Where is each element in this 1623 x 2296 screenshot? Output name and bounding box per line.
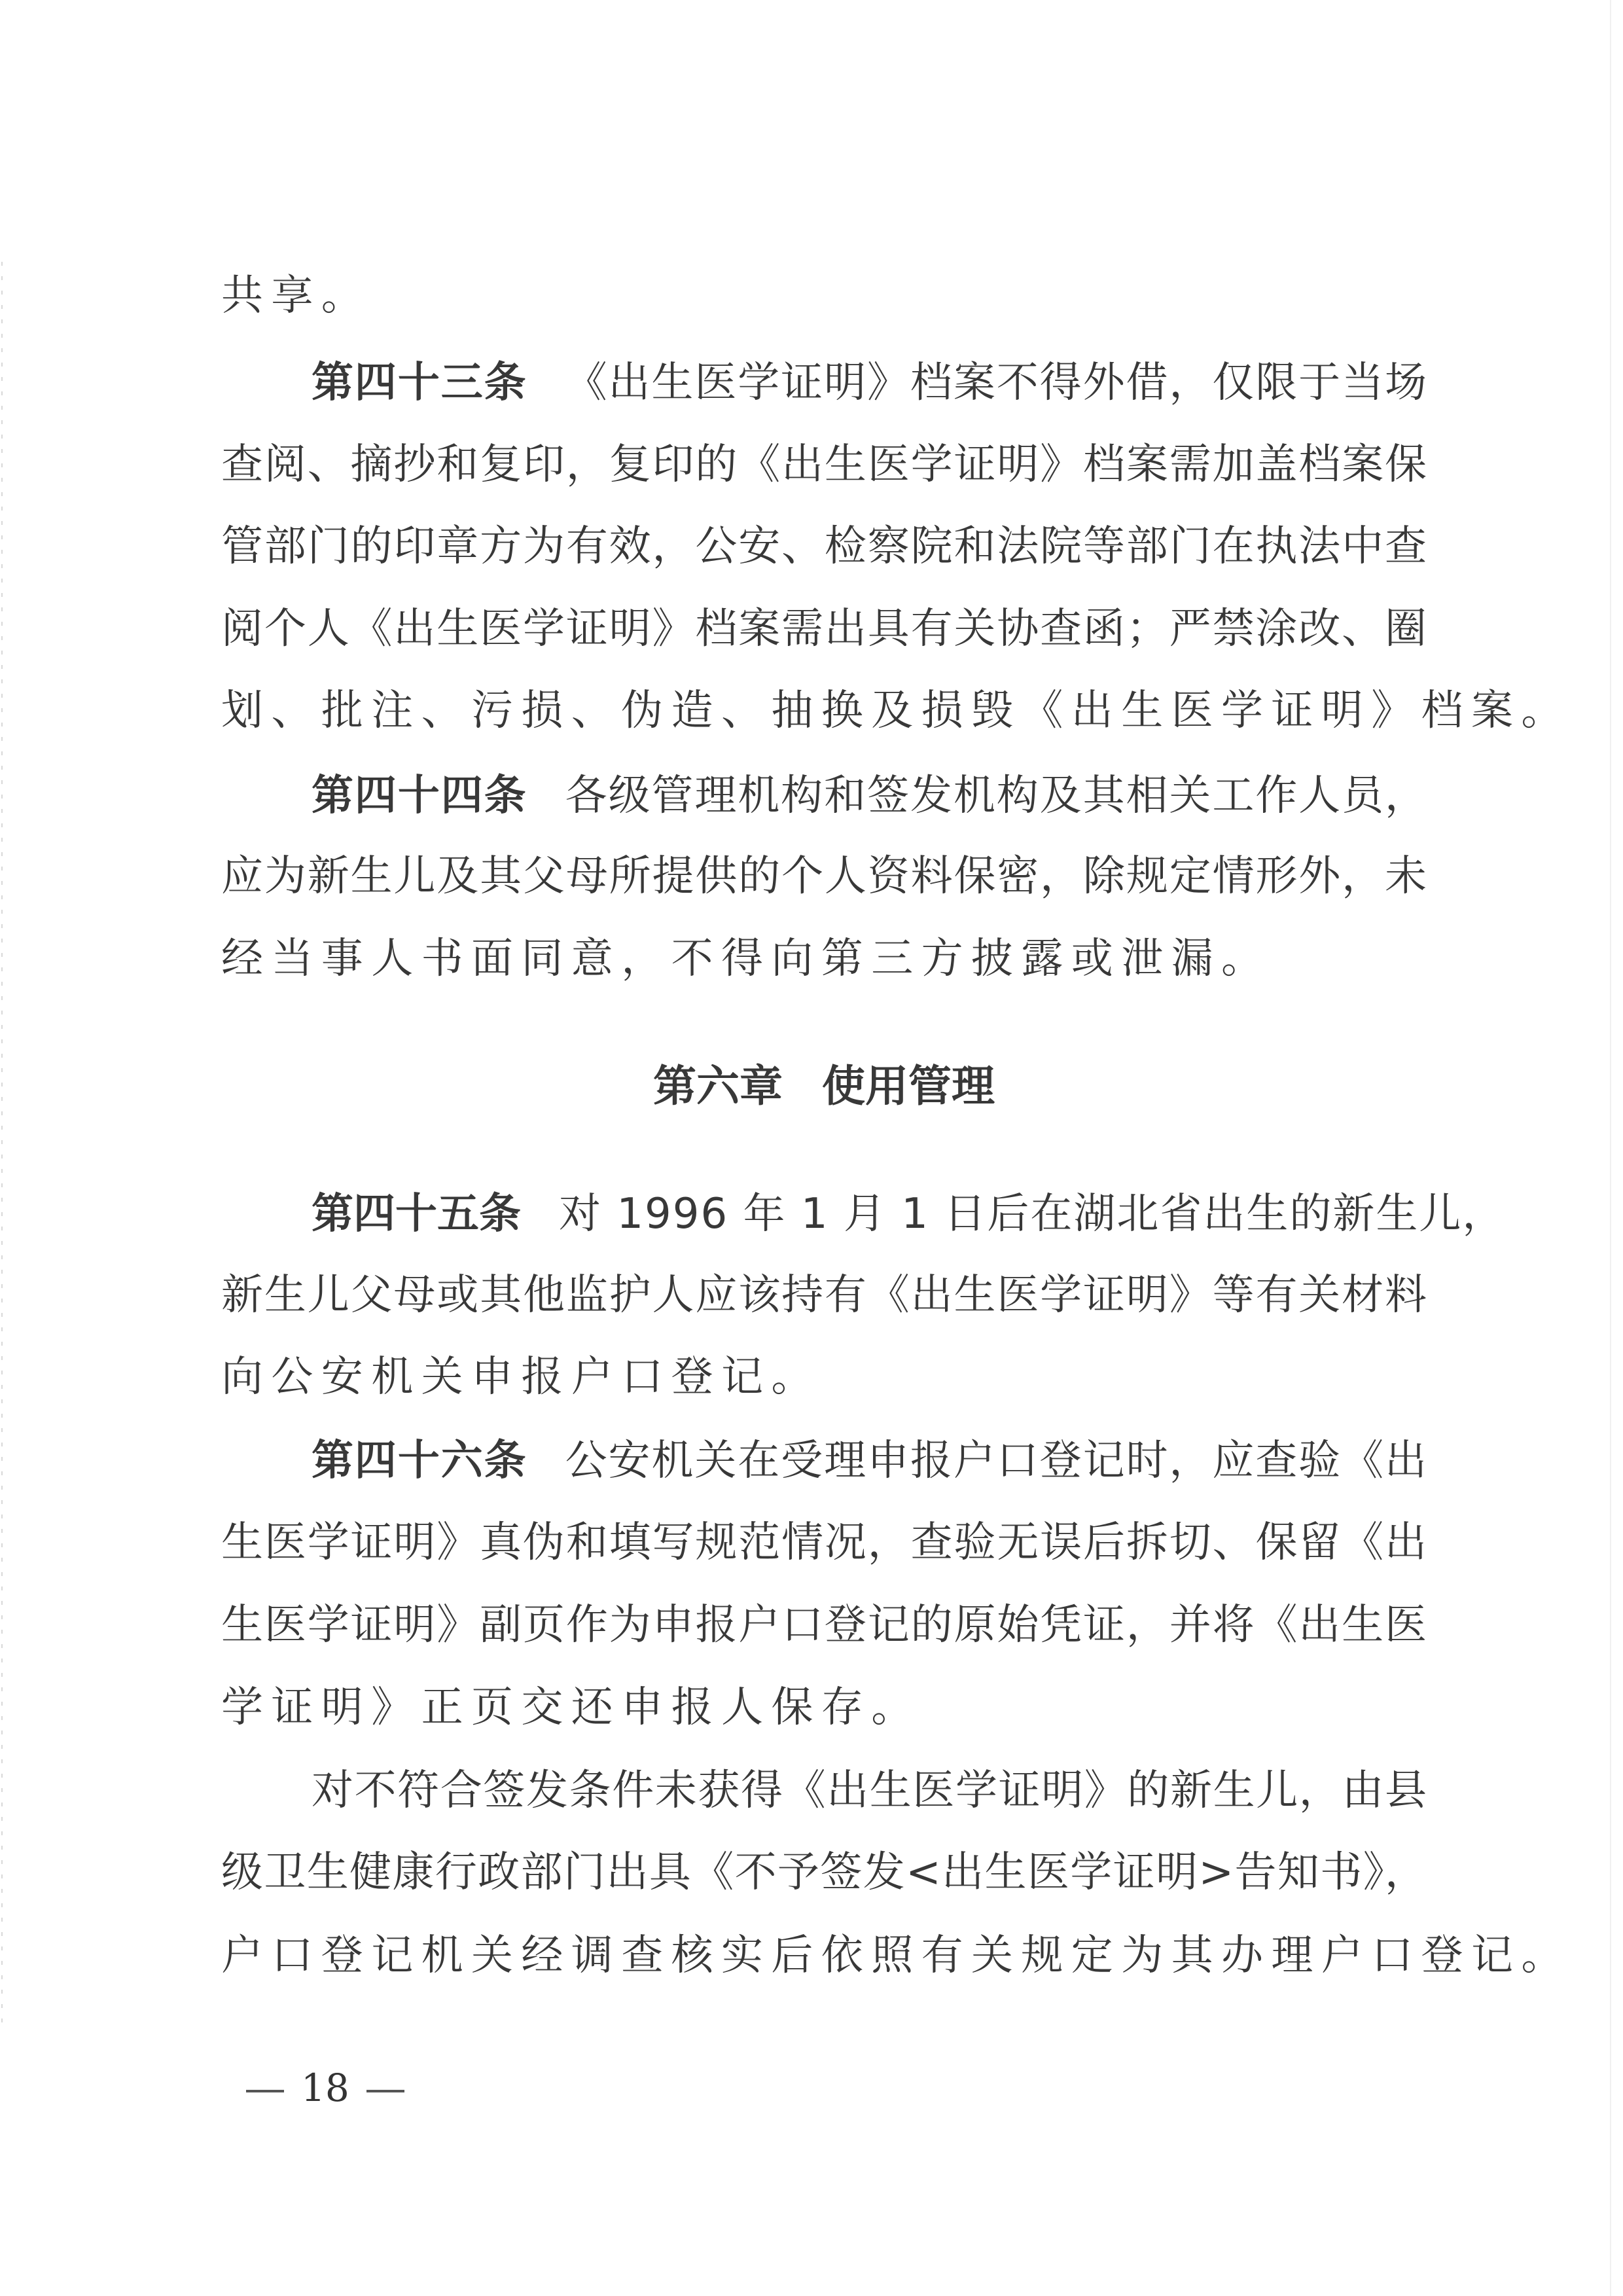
text-line: 阅个人《出生医学证明》档案需出具有关协查函；严禁涂改、圈 <box>221 603 1427 655</box>
text-line: 经当事人书面同意，不得向第三方披露或泄漏。 <box>221 933 1427 985</box>
article-number: 第四十四条 <box>312 772 527 820</box>
scan-edge-artifact-right <box>1610 0 1611 2296</box>
line-text: 公安机关在受理申报户口登记时，应查验《出 <box>565 1437 1427 1485</box>
article-number: 第四十五条 <box>312 1190 521 1238</box>
article-44-first-line: 第四十四条各级管理机构和签发机构及其相关工作人员， <box>221 770 1427 822</box>
text-line: 应为新生儿及其父母所提供的个人资料保密，除规定情形外，未 <box>221 850 1427 903</box>
text-line: 向公安机关申报户口登记。 <box>221 1351 1427 1403</box>
article-number: 第四十三条 <box>312 359 527 407</box>
article-46-first-line: 第四十六条公安机关在受理申报户口登记时，应查验《出 <box>221 1435 1427 1487</box>
text-line: 级卫生健康行政部门出具《不予签发<出生医学证明>告知书》， <box>221 1846 1427 1899</box>
article-43-first-line: 第四十三条《出生医学证明》档案不得外借，仅限于当场 <box>221 357 1427 409</box>
scan-edge-artifact-left <box>1 262 3 2029</box>
chapter-heading: 第六章使用管理 <box>221 1060 1427 1113</box>
line-text: 各级管理机构和签发机构及其相关工作人员， <box>565 772 1427 820</box>
article-number: 第四十六条 <box>312 1437 527 1485</box>
chapter-title: 使用管理 <box>822 1061 995 1111</box>
page-number-footer: 18 <box>229 2062 421 2114</box>
line-text: 《出生医学证明》档案不得外借，仅限于当场 <box>565 359 1427 407</box>
line-text: 对 1996 年 1 月 1 日后在湖北省出生的新生儿， <box>559 1190 1505 1238</box>
paragraph-first-line: 对不符合签发条件未获得《出生医学证明》的新生儿，由县 <box>221 1765 1427 1817</box>
dash-left <box>246 2090 284 2092</box>
text-line: 划、批注、污损、伪造、抽换及损毁《出生医学证明》档案。 <box>221 685 1427 737</box>
text-line: 生医学证明》真伪和填写规范情况，查验无误后拆切、保留《出 <box>221 1516 1427 1569</box>
text-line: 学证明》正页交还申报人保存。 <box>221 1681 1427 1734</box>
chapter-number: 第六章 <box>653 1061 783 1111</box>
dash-right <box>366 2090 404 2092</box>
text-line: 生医学证明》副页作为申报户口登记的原始凭证，并将《出生医 <box>221 1599 1427 1651</box>
text-line: 管部门的印章方为有效，公安、检察院和法院等部门在执法中查 <box>221 520 1427 573</box>
page-number: 18 <box>301 2066 349 2110</box>
text-line: 共享。 <box>221 270 1427 322</box>
article-45-first-line: 第四十五条对 1996 年 1 月 1 日后在湖北省出生的新生儿， <box>221 1188 1427 1240</box>
text-line: 查阅、摘抄和复印，复印的《出生医学证明》档案需加盖档案保 <box>221 439 1427 491</box>
text-line: 新生儿父母或其他监护人应该持有《出生医学证明》等有关材料 <box>221 1269 1427 1321</box>
text-line: 户口登记机关经调查核实后依照有关规定为其办理户口登记。 <box>221 1929 1427 1982</box>
line-text: 共享。 <box>221 272 371 320</box>
